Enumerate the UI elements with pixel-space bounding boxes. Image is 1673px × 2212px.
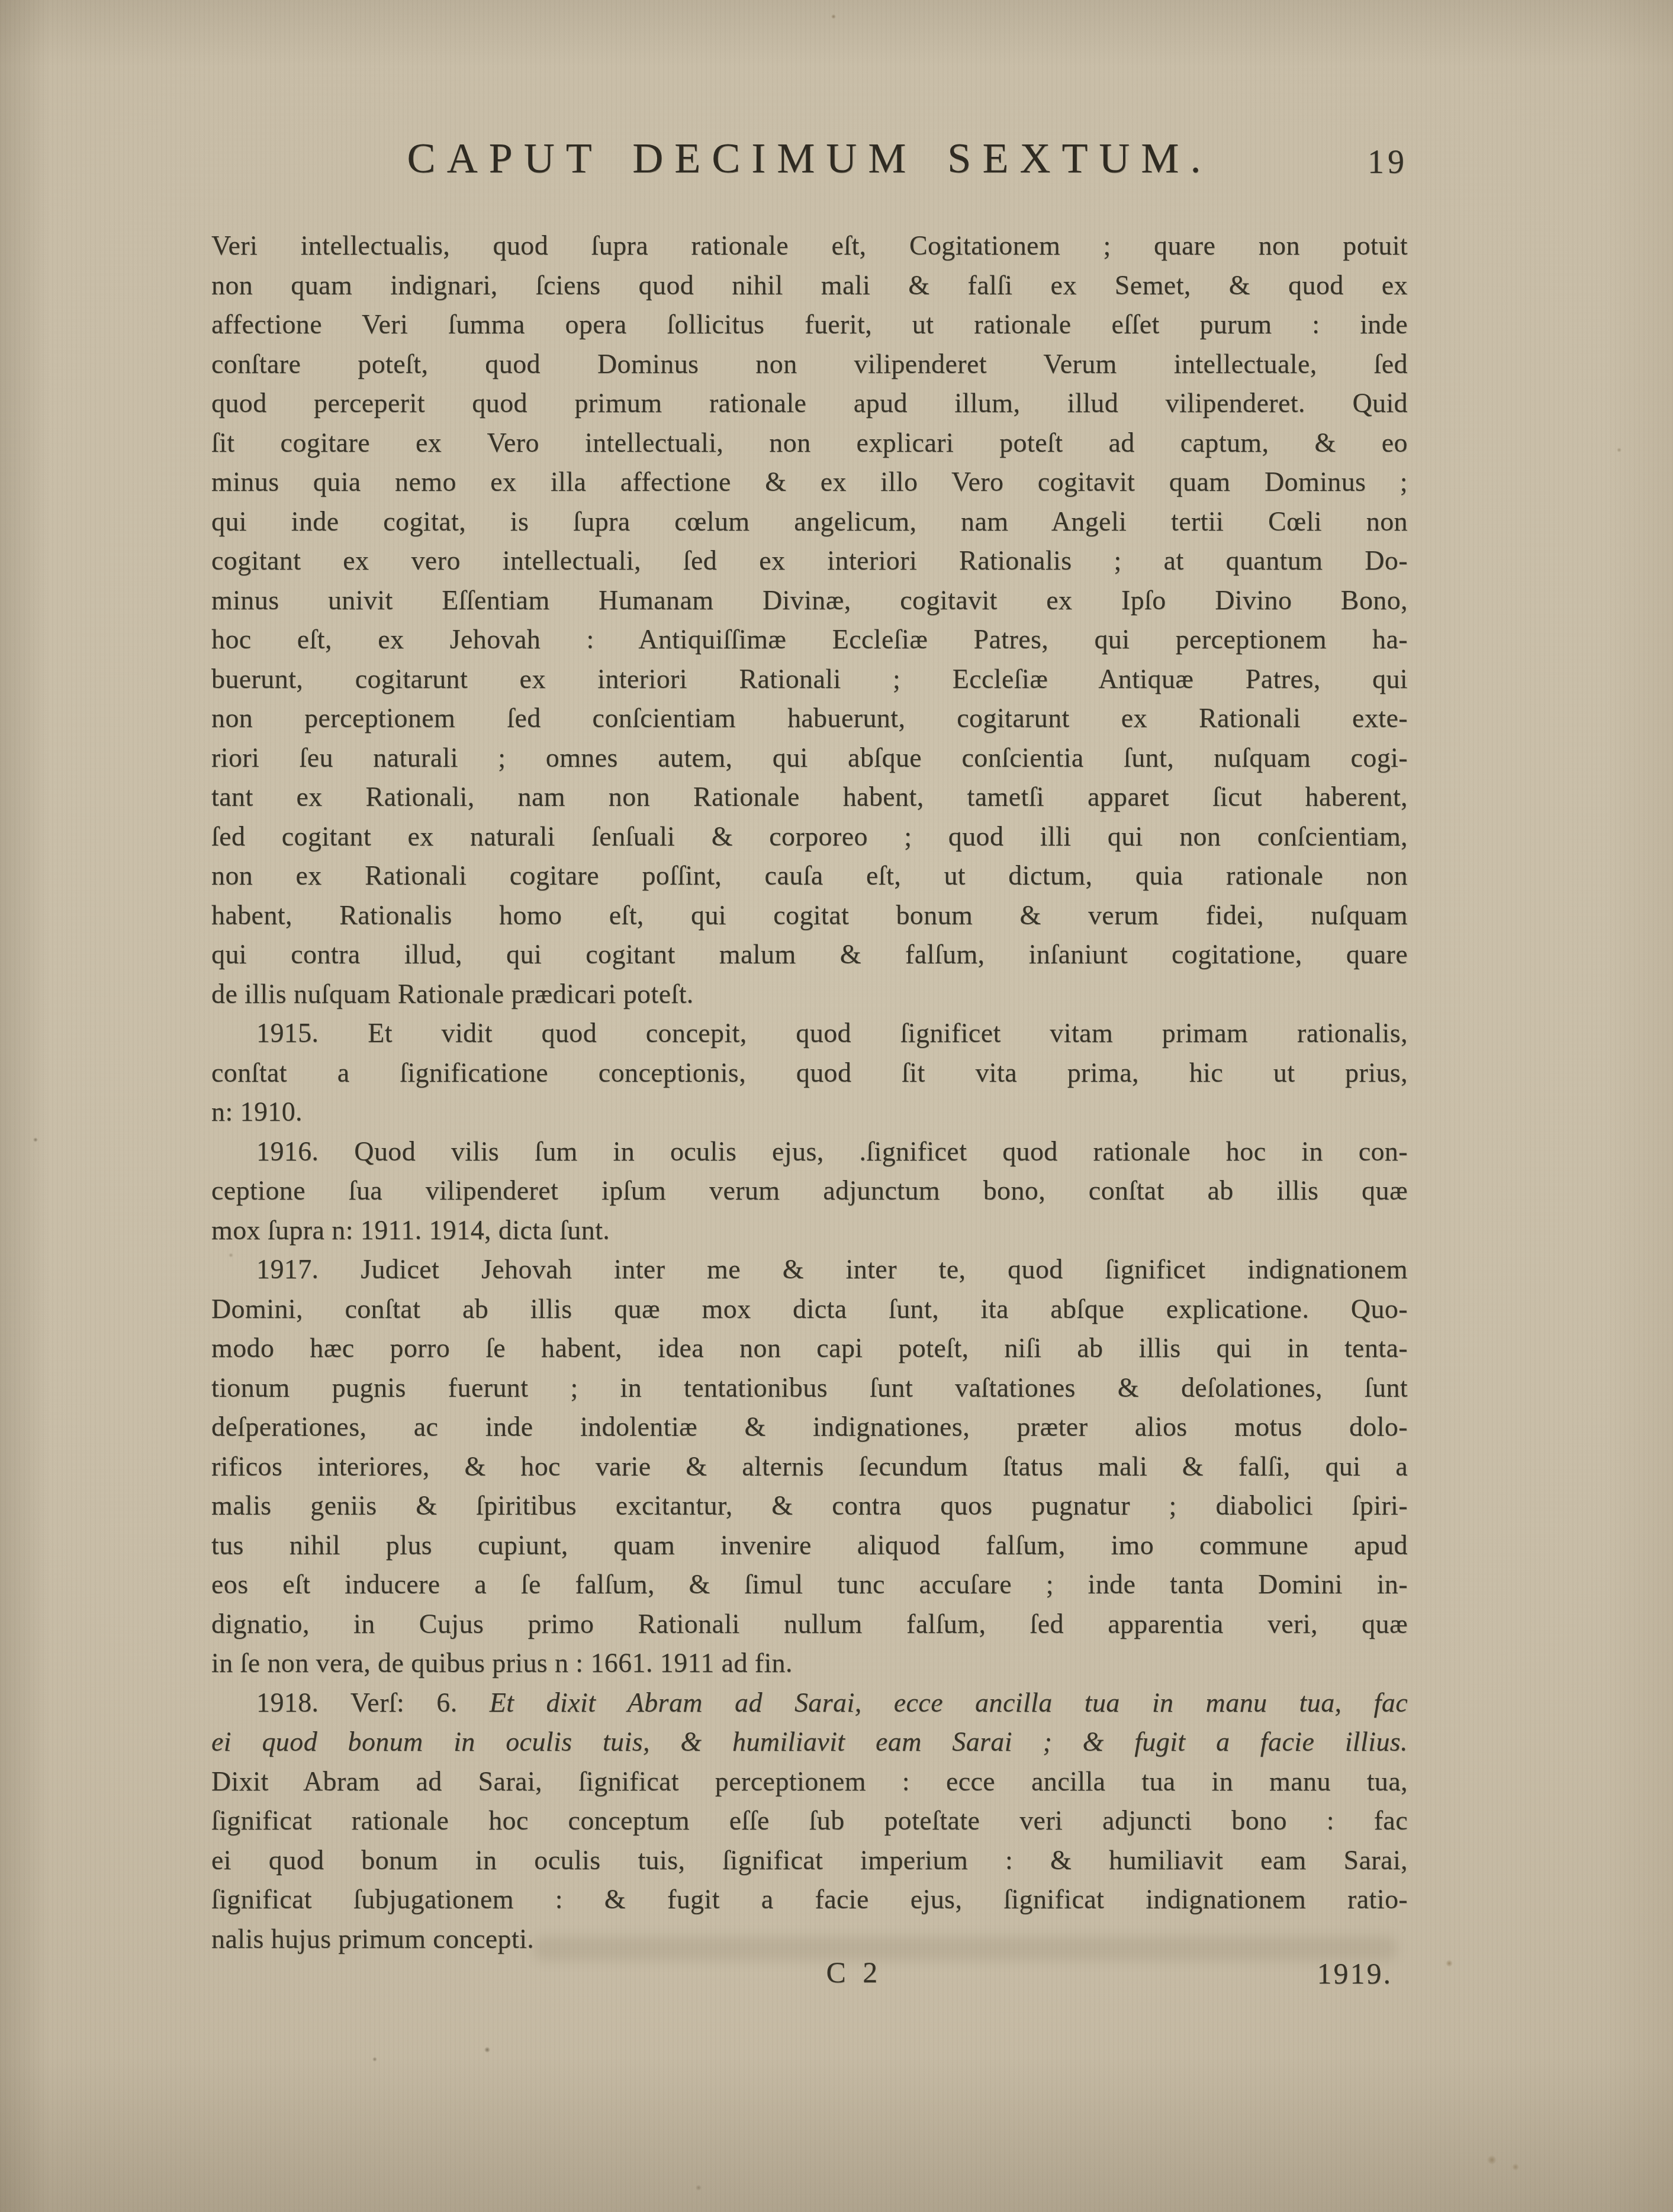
text-line: tant ex Rationali, nam non Rationale hab… (211, 777, 1408, 817)
text-line: nalis hujus primum concepti. (211, 1920, 1408, 1959)
text-line: ſignificat rationale hoc conceptum eſſe … (211, 1801, 1408, 1841)
text-line: habent, Rationalis homo eſt, qui cogitat… (211, 896, 1408, 935)
text-line: qui inde cogitat, is ſupra cœlum angelic… (211, 502, 1408, 542)
text-line: modo hæc porro ſe habent, idea non capi … (211, 1329, 1408, 1368)
text-line: non perceptionem ſed conſcientiam habuer… (211, 699, 1408, 738)
text-line: buerunt, cogitarunt ex interiori Rationa… (211, 660, 1408, 699)
page-footer: C 2 1919. (211, 1955, 1408, 2002)
text-line: non quam indignari, ſciens quod nihil ma… (211, 266, 1408, 306)
text-block: Veri intellectualis, quod ſupra rational… (211, 226, 1408, 1959)
paragraph-continuation: Veri intellectualis, quod ſupra rational… (211, 226, 1408, 1014)
text-line: 1916. Quod vilis ſum in oculis ejus, .ſi… (211, 1132, 1408, 1172)
text-line: tionum pugnis fuerunt ; in tentationibus… (211, 1368, 1408, 1408)
text-line: deſperationes, ac inde indolentiæ & indi… (211, 1407, 1408, 1447)
text-line: conſtare poteſt, quod Dominus non vilipe… (211, 345, 1408, 384)
text-line: minus univit Eſſentiam Humanam Divinæ, c… (211, 581, 1408, 620)
text-line: tus nihil plus cupiunt, quam invenire al… (211, 1526, 1408, 1565)
text-line: qui contra illud, qui cogitant malum & f… (211, 935, 1408, 975)
text-line: non ex Rationali cogitare poſſint, cauſa… (211, 856, 1408, 896)
text-line: in ſe non vera, de quibus prius n : 1661… (211, 1644, 1408, 1683)
text-line: ſed cogitant ex naturali ſenſuali & corp… (211, 817, 1408, 857)
text-line: hoc eſt, ex Jehovah : Antiquiſſimæ Eccle… (211, 620, 1408, 660)
text-line: affectione Veri ſumma opera ſollicitus f… (211, 305, 1408, 345)
text-line: n: 1910. (211, 1092, 1408, 1132)
text-line: ceptione ſua vilipenderet ipſum verum ad… (211, 1171, 1408, 1211)
paragraph-n1918: 1918. Verſ: 6. Et dixit Abram ad Sarai, … (211, 1683, 1408, 1959)
book-page-scan: CAPUT DECIMUM SEXTUM. 19 Veri intellectu… (0, 0, 1673, 2212)
text-line: mox ſupra n: 1911. 1914, dicta ſunt. (211, 1211, 1408, 1250)
text-line: riori ſeu naturali ; omnes autem, qui ab… (211, 738, 1408, 778)
text-line: Dixit Abram ad Sarai, ſignificat percept… (211, 1762, 1408, 1802)
text-line: Veri intellectualis, quod ſupra rational… (211, 226, 1408, 266)
paragraph-n1915: 1915. Et vidit quod concepit, quod ſigni… (211, 1014, 1408, 1132)
signature-mark: C 2 (826, 1955, 883, 1989)
text-segment: 1918. Verſ: 6. (256, 1687, 490, 1718)
text-line: ei quod bonum in oculis tuis, & humiliav… (211, 1722, 1408, 1762)
text-line: minus quia nemo ex illa affectione & ex … (211, 462, 1408, 502)
text-line: ſignificat ſubjugationem : & fugit a fac… (211, 1880, 1408, 1920)
text-line: de illis nuſquam Rationale prædicari pot… (211, 975, 1408, 1014)
page-number: 19 (1368, 143, 1408, 181)
scripture-quote-italic: ei quod bonum in oculis tuis, & humiliav… (211, 1726, 1408, 1757)
text-line: Domini, conſtat ab illis quæ mox dicta ſ… (211, 1290, 1408, 1329)
text-line: dignatio, in Cujus primo Rationali nullu… (211, 1605, 1408, 1644)
scripture-quote-italic: Et dixit Abram ad Sarai, ecce ancilla tu… (490, 1687, 1408, 1718)
text-line: ei quod bonum in oculis tuis, ſignificat… (211, 1841, 1408, 1880)
catchword: 1919. (1317, 1956, 1393, 1991)
paragraph-n1916: 1916. Quod vilis ſum in oculis ejus, .ſi… (211, 1132, 1408, 1250)
text-line: 1917. Judicet Jehovah inter me & inter t… (211, 1250, 1408, 1290)
text-line: conſtat a ſignificatione conceptionis, q… (211, 1053, 1408, 1093)
running-header: CAPUT DECIMUM SEXTUM. 19 (211, 134, 1408, 199)
text-line: quod perceperit quod primum rationale ap… (211, 384, 1408, 423)
text-line: malis geniis & ſpiritibus excitantur, & … (211, 1486, 1408, 1526)
text-line: ſit cogitare ex Vero intellectuali, non … (211, 423, 1408, 463)
chapter-title: CAPUT DECIMUM SEXTUM. (211, 134, 1408, 183)
text-line: rificos interiores, & hoc varie & altern… (211, 1447, 1408, 1487)
text-line: 1918. Verſ: 6. Et dixit Abram ad Sarai, … (211, 1683, 1408, 1723)
text-line: eos eſt inducere a ſe falſum, & ſimul tu… (211, 1565, 1408, 1605)
text-line: 1915. Et vidit quod concepit, quod ſigni… (211, 1014, 1408, 1053)
text-line: cogitant ex vero intellectuali, ſed ex i… (211, 541, 1408, 581)
paragraph-n1917: 1917. Judicet Jehovah inter me & inter t… (211, 1250, 1408, 1683)
